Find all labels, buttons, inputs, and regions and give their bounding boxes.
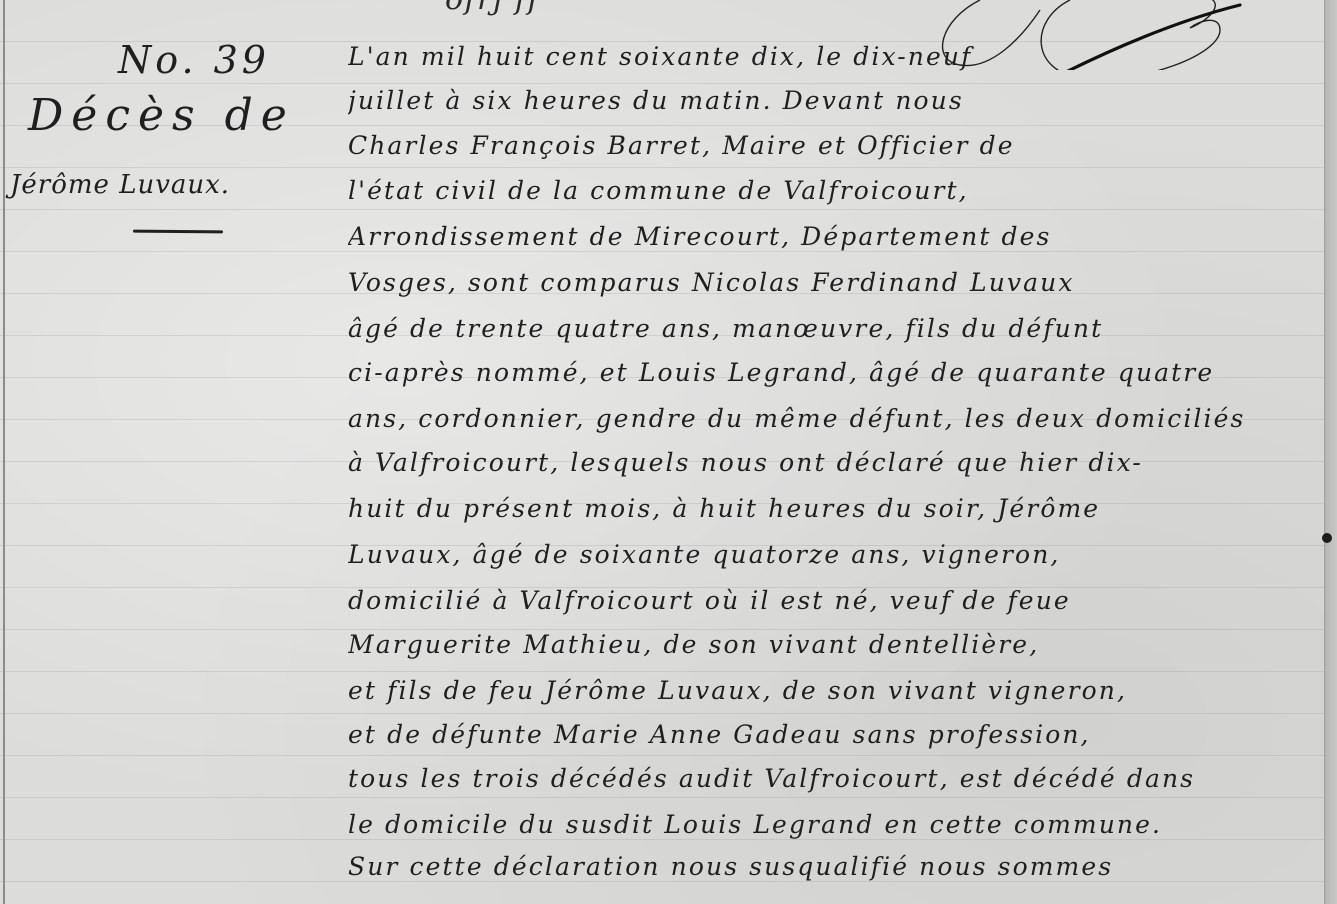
deceased-name: Jérôme Luvaux. [10,170,230,200]
body-line-16: et de défunte Marie Anne Gadeau sans pro… [348,720,1308,749]
page-left-rule [3,0,5,904]
body-line-13: domicilié à Valfroicourt où il est né, v… [348,586,1308,615]
body-line-7: âgé de trente quatre ans, manœuvre, fils… [348,314,1308,343]
body-line-4: l'état civil de la commune de Valfroicou… [348,176,1308,205]
body-line-15: et fils de feu Jérôme Luvaux, de son viv… [348,676,1308,705]
body-line-19: Sur cette déclaration nous susqualifié n… [348,852,1308,881]
record-number: No. 39 [118,38,270,82]
ink-blot [1322,533,1332,543]
margin-underline [133,230,223,234]
body-line-14: Marguerite Mathieu, de son vivant dentel… [348,630,1308,659]
body-line-11: huit du présent mois, à huit heures du s… [348,494,1308,523]
body-line-17: tous les trois décédés audit Valfroicour… [348,764,1308,793]
body-line-9: ans, cordonnier, gendre du même défunt, … [348,404,1308,433]
body-line-2: juillet à six heures du matin. Devant no… [348,86,1308,115]
record-title: Décès de [28,90,295,141]
body-line-6: Vosges, sont comparus Nicolas Ferdinand … [348,268,1308,297]
body-line-3: Charles François Barret, Maire et Offici… [348,131,1308,160]
document-page: ofrj ff No. 39 Décès de Jérôme Luvaux. L… [0,0,1337,904]
body-line-5: Arrondissement de Mirecourt, Département… [348,222,1308,251]
record-body: L'an mil huit cent soixante dix, le dix-… [348,0,1308,904]
body-line-18: le domicile du susdit Louis Legrand en c… [348,810,1308,839]
page-right-edge [1324,0,1337,904]
body-line-12: Luvaux, âgé de soixante quatorze ans, vi… [348,540,1308,569]
body-line-1: L'an mil huit cent soixante dix, le dix-… [348,42,1308,71]
body-line-8: ci-après nommé, et Louis Legrand, âgé de… [348,358,1308,387]
body-line-10: à Valfroicourt, lesquels nous ont déclar… [348,448,1308,477]
